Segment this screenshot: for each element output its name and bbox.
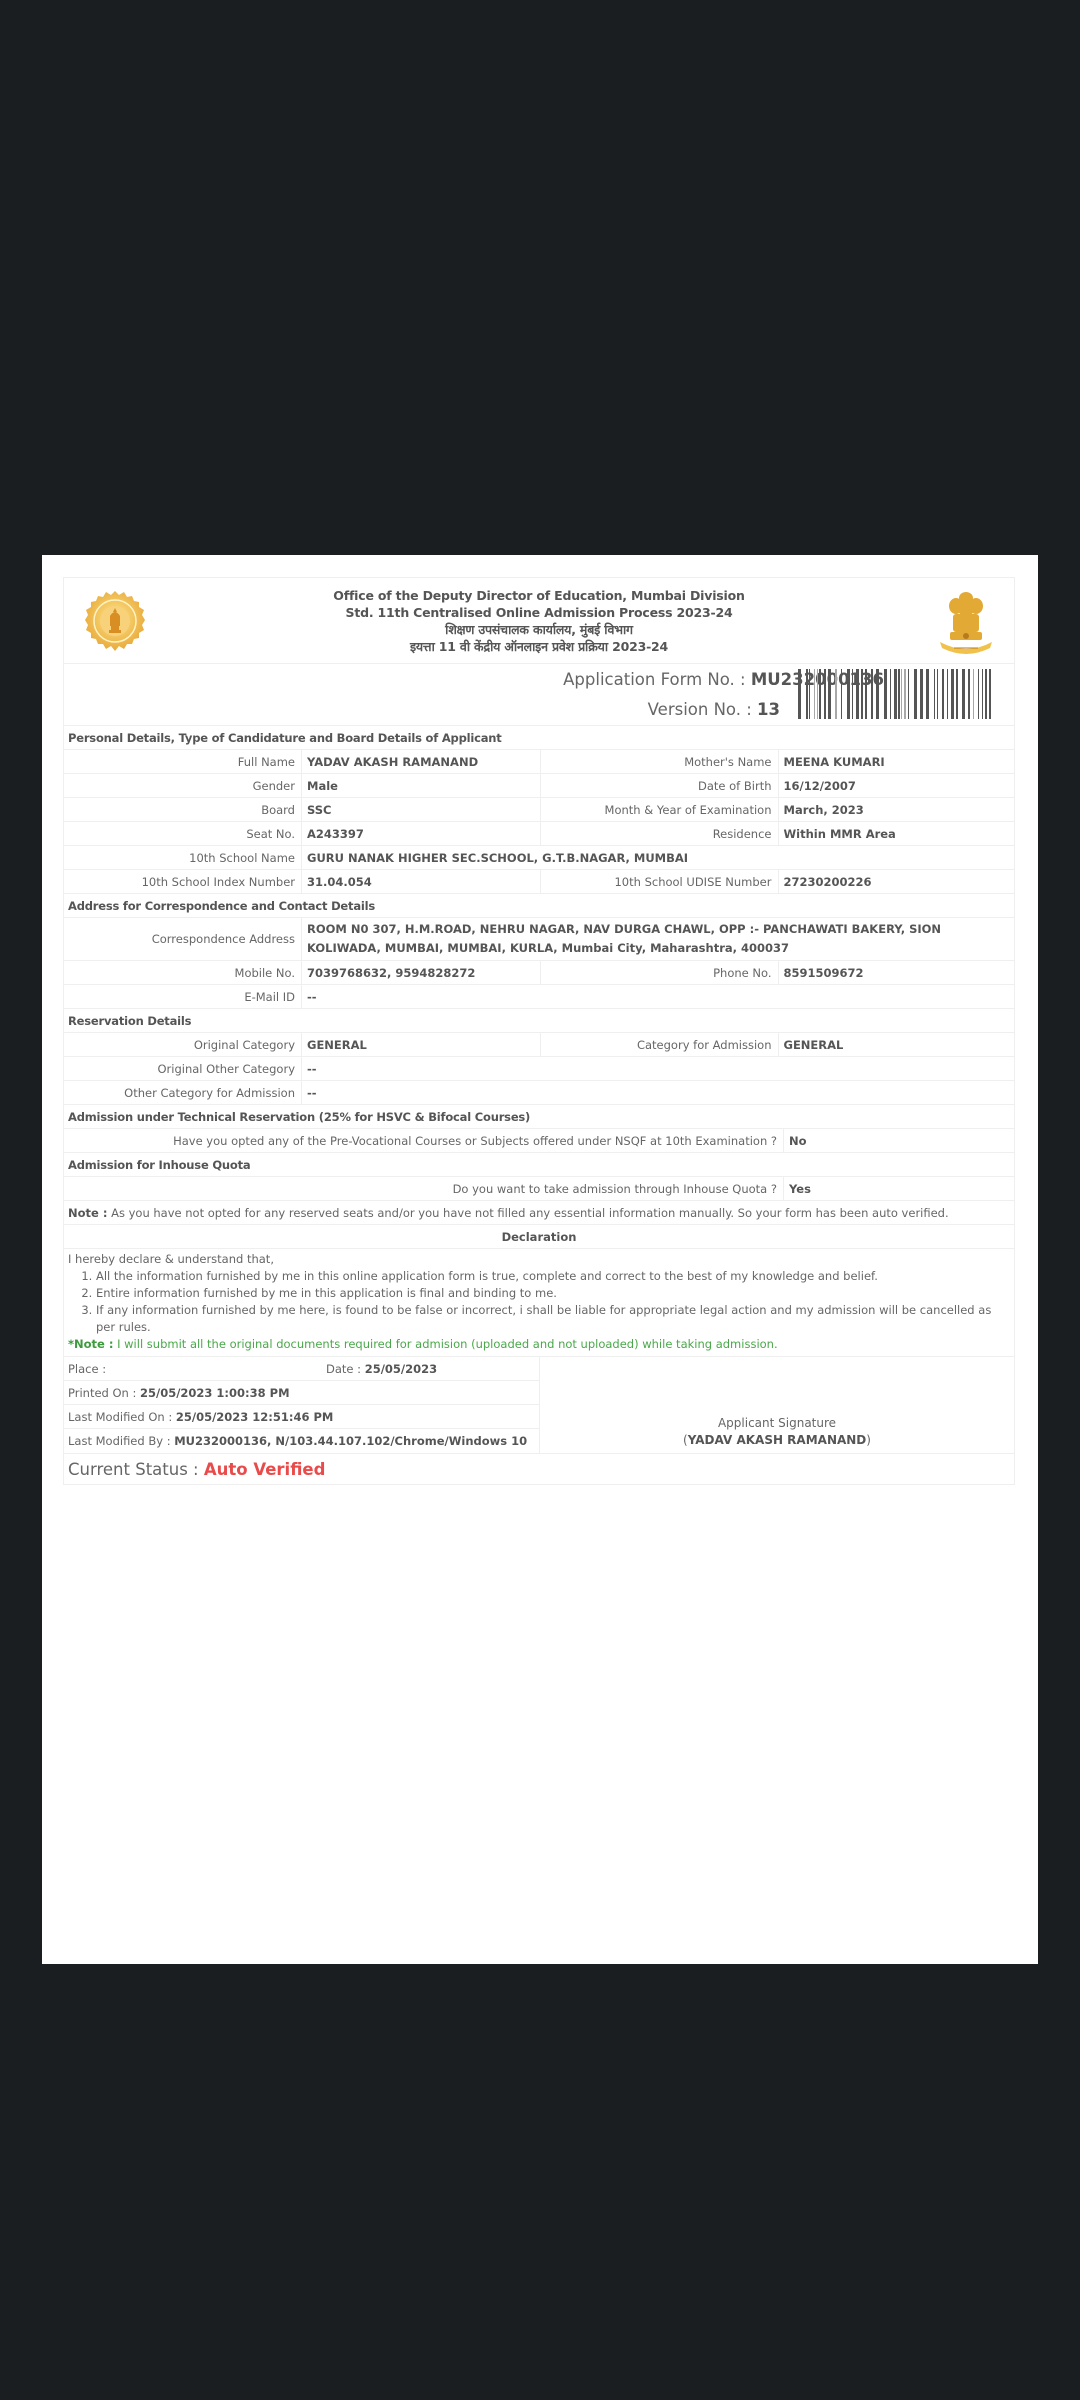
school-name-label: 10th School Name (64, 846, 302, 869)
declaration-list: All the information furnished by me in t… (68, 1268, 1010, 1336)
mobile-value: 7039768632, 9594828272 (302, 961, 540, 984)
school-udise-label: 10th School UDISE Number (541, 870, 779, 893)
table-row: Full NameYADAV AKASH RAMANAND Mother's N… (64, 750, 1014, 774)
residence-value: Within MMR Area (779, 822, 1017, 845)
place-label: Place : (68, 1362, 106, 1376)
note-text: As you have not opted for any reserved s… (111, 1206, 949, 1220)
school-name-value: GURU NANAK HIGHER SEC.SCHOOL, G.T.B.NAGA… (302, 846, 1014, 869)
nsqf-question: Have you opted any of the Pre-Vocational… (64, 1129, 784, 1152)
date-value: 25/05/2023 (365, 1362, 437, 1376)
gender-value: Male (302, 774, 540, 797)
modified-by-label: Last Modified By : (68, 1434, 171, 1448)
header-title-en-2: Std. 11th Centralised Online Admission P… (64, 604, 1014, 621)
board-value: SSC (302, 798, 540, 821)
admission-category-label: Category for Admission (541, 1033, 779, 1056)
printed-on-label: Printed On : (68, 1386, 136, 1400)
email-label: E-Mail ID (64, 985, 302, 1008)
section-contact-details: Address for Correspondence and Contact D… (64, 894, 1014, 918)
section-reservation-details: Reservation Details (64, 1009, 1014, 1033)
table-row: Seat No.A243397 ResidenceWithin MMR Area (64, 822, 1014, 846)
exam-label: Month & Year of Examination (541, 798, 779, 821)
section-personal-details: Personal Details, Type of Candidature an… (64, 726, 1014, 750)
printed-on-row: Printed On : 25/05/2023 1:00:38 PM (64, 1381, 539, 1405)
table-row: Do you want to take admission through In… (64, 1177, 1014, 1201)
mother-name-label: Mother's Name (541, 750, 779, 773)
maharashtra-seal-icon (84, 590, 146, 652)
declaration-item: Entire information furnished by me in th… (96, 1285, 1010, 1302)
declaration-intro: I hereby declare & understand that, (68, 1251, 1010, 1268)
modified-on-label: Last Modified On : (68, 1410, 172, 1424)
header-titles: Office of the Deputy Director of Educati… (64, 587, 1014, 655)
current-status: Current Status : Auto Verified (64, 1454, 1014, 1484)
application-form-page: Office of the Deputy Director of Educati… (42, 555, 1038, 1964)
form-footer: Place : Date : 25/05/2023 Printed On : 2… (64, 1357, 1014, 1454)
other-admission-category-label: Other Category for Admission (64, 1081, 302, 1104)
form-number-block: Application Form No. : MU232000136 Versi… (64, 664, 1014, 726)
declaration-title: Declaration (64, 1225, 1014, 1249)
version-number: Version No. : 13 (648, 700, 780, 719)
documents-note-label: *Note : (68, 1337, 113, 1351)
place-field: Place : (68, 1362, 326, 1376)
seat-label: Seat No. (64, 822, 302, 845)
section-technical-reservation: Admission under Technical Reservation (2… (64, 1105, 1014, 1129)
exam-value: March, 2023 (779, 798, 1017, 821)
status-label: Current Status : (68, 1460, 199, 1479)
dob-label: Date of Birth (541, 774, 779, 797)
table-row: Original Other Category-- (64, 1057, 1014, 1081)
place-date-row: Place : Date : 25/05/2023 (64, 1357, 539, 1381)
ashoka-emblem-icon (936, 586, 996, 658)
table-row: 10th School Index Number31.04.054 10th S… (64, 870, 1014, 894)
original-category-value: GENERAL (302, 1033, 540, 1056)
original-other-category-value: -- (302, 1057, 1014, 1080)
applicant-signature-block: Applicant Signature (YADAV AKASH RAMANAN… (540, 1357, 1014, 1453)
mobile-label: Mobile No. (64, 961, 302, 984)
header-title-mr-2: इयत्ता 11 वी केंद्रीय ऑनलाइन प्रवेश प्रक… (64, 638, 1014, 655)
gender-label: Gender (64, 774, 302, 797)
address-label: Correspondence Address (64, 918, 302, 960)
note-label: Note : (68, 1206, 107, 1220)
residence-label: Residence (541, 822, 779, 845)
modified-on-row: Last Modified On : 25/05/2023 12:51:46 P… (64, 1405, 539, 1429)
table-row: Other Category for Admission-- (64, 1081, 1014, 1105)
modified-by-row: Last Modified By : MU232000136, N/103.44… (64, 1429, 539, 1453)
modified-on-value: 25/05/2023 12:51:46 PM (176, 1410, 334, 1424)
other-admission-category-value: -- (302, 1081, 1014, 1104)
table-row: Mobile No.7039768632, 9594828272 Phone N… (64, 961, 1014, 985)
declaration-body: I hereby declare & understand that, All … (64, 1249, 1014, 1357)
auto-verify-note: Note : As you have not opted for any res… (64, 1201, 1014, 1225)
signature-name: (YADAV AKASH RAMANAND) (683, 1432, 871, 1449)
table-row: Have you opted any of the Pre-Vocational… (64, 1129, 1014, 1153)
inhouse-question: Do you want to take admission through In… (64, 1177, 784, 1200)
date-label: Date : (326, 1362, 361, 1376)
phone-label: Phone No. (541, 961, 779, 984)
modified-by-value: MU232000136, N/103.44.107.102/Chrome/Win… (174, 1434, 527, 1448)
original-other-category-label: Original Other Category (64, 1057, 302, 1080)
table-row: GenderMale Date of Birth16/12/2007 (64, 774, 1014, 798)
phone-value: 8591509672 (779, 961, 1017, 984)
date-field: Date : 25/05/2023 (326, 1362, 437, 1376)
admission-category-value: GENERAL (779, 1033, 1017, 1056)
status-badge: Auto Verified (204, 1460, 326, 1479)
application-number-label: Application Form No. : (563, 670, 745, 689)
school-index-label: 10th School Index Number (64, 870, 302, 893)
table-row: 10th School NameGURU NANAK HIGHER SEC.SC… (64, 846, 1014, 870)
documents-note: *Note : I will submit all the original d… (68, 1336, 1010, 1353)
table-row: BoardSSC Month & Year of ExaminationMarc… (64, 798, 1014, 822)
header-title-mr-1: शिक्षण उपसंचालक कार्यालय, मुंबई विभाग (64, 621, 1014, 638)
seat-value: A243397 (302, 822, 540, 845)
signature-name-value: YADAV AKASH RAMANAND (688, 1433, 867, 1447)
board-label: Board (64, 798, 302, 821)
email-value: -- (302, 985, 1014, 1008)
inhouse-answer: Yes (784, 1177, 1014, 1200)
documents-note-text: I will submit all the original documents… (117, 1337, 778, 1351)
version-number-label: Version No. : (648, 700, 752, 719)
table-row: Original CategoryGENERAL Category for Ad… (64, 1033, 1014, 1057)
table-row: E-Mail ID-- (64, 985, 1014, 1009)
signature-label: Applicant Signature (718, 1415, 836, 1432)
nsqf-answer: No (784, 1129, 1014, 1152)
printed-on-value: 25/05/2023 1:00:38 PM (140, 1386, 290, 1400)
mother-name-value: MEENA KUMARI (779, 750, 1017, 773)
barcode-icon (796, 669, 996, 719)
full-name-value: YADAV AKASH RAMANAND (302, 750, 540, 773)
table-row: Correspondence AddressROOM N0 307, H.M.R… (64, 918, 1014, 961)
header-title-en-1: Office of the Deputy Director of Educati… (64, 587, 1014, 604)
dob-value: 16/12/2007 (779, 774, 1017, 797)
version-number-value: 13 (757, 700, 780, 719)
address-value: ROOM N0 307, H.M.ROAD, NEHRU NAGAR, NAV … (302, 918, 1014, 960)
full-name-label: Full Name (64, 750, 302, 773)
form-header: Office of the Deputy Director of Educati… (64, 578, 1014, 664)
form-sheet: Office of the Deputy Director of Educati… (63, 577, 1015, 1485)
school-index-value: 31.04.054 (302, 870, 540, 893)
original-category-label: Original Category (64, 1033, 302, 1056)
school-udise-value: 27230200226 (779, 870, 1017, 893)
section-inhouse-quota: Admission for Inhouse Quota (64, 1153, 1014, 1177)
declaration-item: All the information furnished by me in t… (96, 1268, 1010, 1285)
declaration-item: If any information furnished by me here,… (96, 1302, 1010, 1336)
